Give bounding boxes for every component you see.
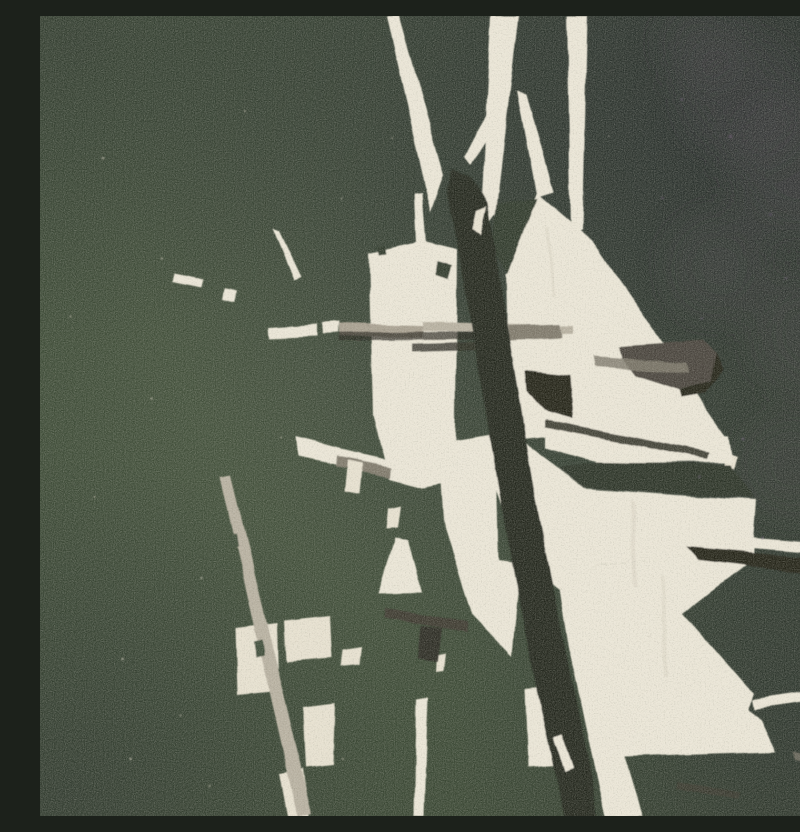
film-grain-dark-overlay (40, 16, 800, 816)
art-svg (40, 16, 800, 816)
abstract-photograph: Abstract constructivist wooden assemblag… (40, 16, 800, 816)
